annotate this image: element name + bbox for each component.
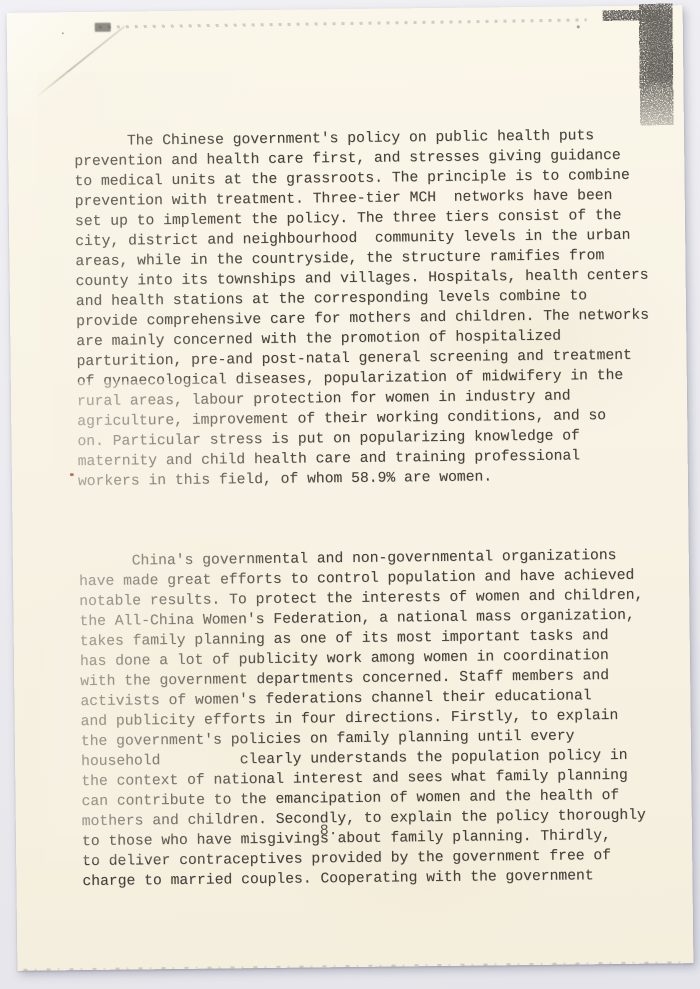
paper-speck-dark: [577, 25, 580, 28]
document-page: The Chinese government's policy on publi…: [7, 5, 694, 971]
page-number: 8.: [320, 821, 338, 841]
scan-background: The Chinese government's policy on publi…: [0, 0, 700, 989]
corner-crease: [35, 26, 125, 99]
paper-speck-red: [70, 473, 74, 476]
photocopy-artifact-blob: [95, 23, 111, 32]
paragraph-family-planning: China's governmental and non-governmenta…: [79, 546, 656, 892]
photocopy-artifact-line: [99, 18, 587, 28]
bottom-edge-toner: [23, 961, 685, 971]
paragraph-public-health: The Chinese government's policy on publi…: [74, 126, 651, 492]
typewritten-text: The Chinese government's policy on publi…: [73, 86, 655, 932]
paper-speck-small: [62, 32, 64, 34]
